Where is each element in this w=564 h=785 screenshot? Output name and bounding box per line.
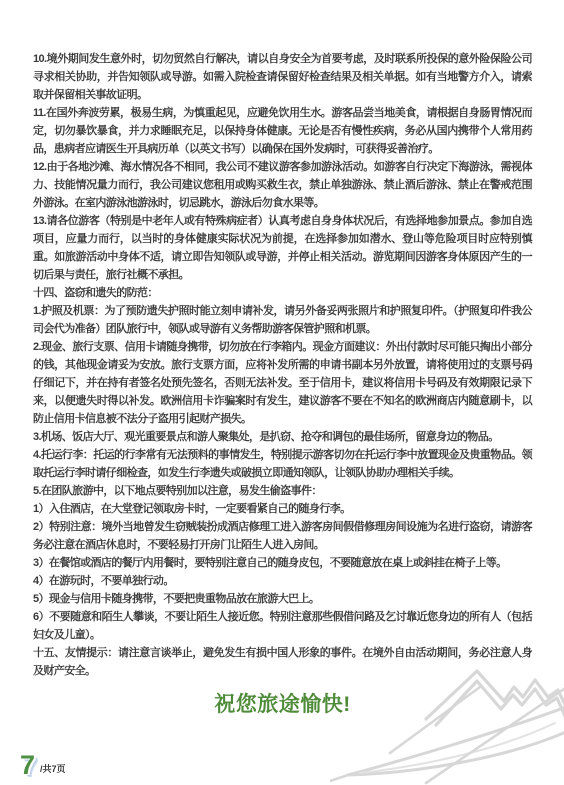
paragraph-list: 10.境外期间发生意外时，切勿贸然自行解决，请以自身安全为首要考虑，及时联系所投… bbox=[33, 50, 532, 680]
paragraph: 十四、盗窃和遗失的防范： bbox=[33, 284, 532, 302]
document-body: 10.境外期间发生意外时，切勿贸然自行解决，请以自身安全为首要考虑，及时联系所投… bbox=[33, 50, 532, 718]
paragraph: 6）不要随意和陌生人攀谈，不要让陌生人接近您。特别注意那些假借问路及乞讨靠近您身… bbox=[33, 608, 532, 644]
paragraph: 10.境外期间发生意外时，切勿贸然自行解决，请以自身安全为首要考虑，及时联系所投… bbox=[33, 50, 532, 104]
paragraph: 5.在团队旅游中，以下地点要特别加以注意，易发生偷盗事件： bbox=[33, 482, 532, 500]
closing-blessing: 祝您旅途愉快! bbox=[33, 688, 532, 718]
paragraph: 3.机场、饭店大厅、观光重要景点和游人聚集处，是扒窃、抢夺和调包的最佳场所，留意… bbox=[33, 428, 532, 446]
page-number: 7 bbox=[20, 753, 35, 777]
paragraph: 十五、友情提示：请注意言谈举止，避免发生有损中国人形象的事件。在境外自由活动期间… bbox=[33, 644, 532, 680]
page-footer: 7 /共7页 bbox=[20, 753, 66, 777]
paragraph: 11.在国外奔波劳累，极易生病，为慎重起见，应避免饮用生水。游客品尝当地美食，请… bbox=[33, 104, 532, 158]
paragraph: 12.由于各地沙滩、海水情况各不相同，我公司不建议游客参加游泳活动。如游客自行决… bbox=[33, 158, 532, 212]
paragraph: 1.护照及机票：为了预防遗失护照时能立刻申请补发，请另外备妥两张照片和护照复印件… bbox=[33, 302, 532, 338]
paragraph: 13.请各位游客（特别是中老年人或有特殊病症者）认真考虑自身身体状况后，有选择地… bbox=[33, 212, 532, 284]
paragraph: 5）现金与信用卡随身携带，不要把贵重物品放在旅游大巴上。 bbox=[33, 590, 532, 608]
paragraph: 4.托运行李：托运的行李常有无法预料的事情发生，特别提示游客切勿在托运行李中放置… bbox=[33, 446, 532, 482]
document-page: 10.境外期间发生意外时，切勿贸然自行解决，请以自身安全为首要考虑，及时联系所投… bbox=[0, 0, 564, 785]
paragraph: 4）在游玩时，不要单独行动。 bbox=[33, 572, 532, 590]
page-total-label: /共7页 bbox=[40, 762, 66, 775]
paragraph: 2）特别注意：境外当地曾发生窃贼装扮成酒店修理工进入游客房间假借修理房间设施为名… bbox=[33, 518, 532, 554]
paragraph: 2.现金、旅行支票、信用卡请随身携带，切勿放在行李箱内。现金方面建议：外出付款时… bbox=[33, 338, 532, 428]
paragraph: 3）在餐馆或酒店的餐厅内用餐时，要特别注意自己的随身皮包，不要随意放在桌上或斜挂… bbox=[33, 554, 532, 572]
paragraph: 1）入住酒店，在大堂登记领取房卡时，一定要看紧自己的随身行李。 bbox=[33, 500, 532, 518]
